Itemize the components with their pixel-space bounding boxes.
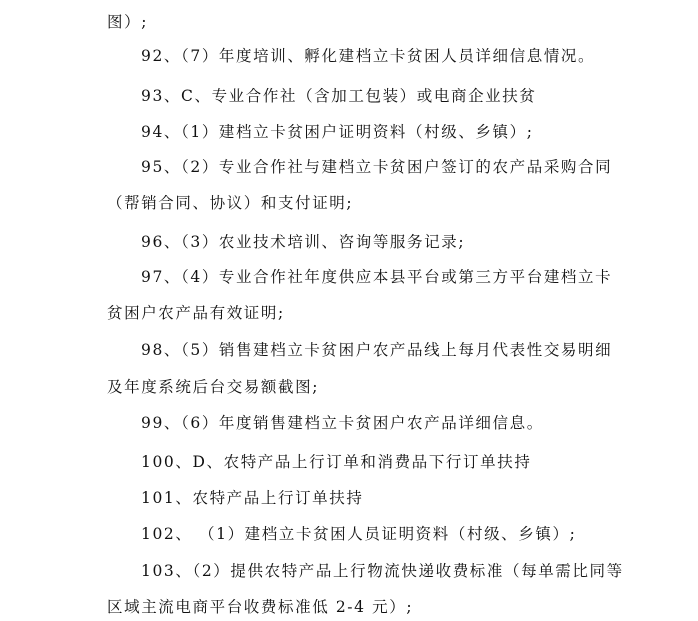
text-line-continuation: （帮销合同、协议）和支付证明; <box>107 193 353 213</box>
text-line-continuation: 及年度系统后台交易额截图; <box>107 377 319 397</box>
list-item-93: 93、C、专业合作社（含加工包装）或电商企业扶贫 <box>141 86 536 106</box>
list-item-96: 96、（3）农业技术培训、咨询等服务记录; <box>141 232 465 252</box>
document-page: 图）; 92、（7）年度培训、孵化建档立卡贫困人员详细信息情况。 93、C、专业… <box>0 0 698 621</box>
list-item-100: 100、D、农特产品上行订单和消费品下行订单扶持 <box>141 452 531 472</box>
list-item-102: 102、 （1）建档立卡贫困人员证明资料（村级、乡镇）; <box>141 524 576 544</box>
text-line-continuation: 贫困户农产品有效证明; <box>107 303 285 323</box>
list-item-98: 98、（5）销售建档立卡贫困户农产品线上每月代表性交易明细 <box>141 340 612 360</box>
list-item-92: 92、（7）年度培训、孵化建档立卡贫困人员详细信息情况。 <box>141 46 595 66</box>
list-item-95: 95、（2）专业合作社与建档立卡贫困户签订的农产品采购合同 <box>141 157 612 177</box>
list-item-99: 99、（6）年度销售建档立卡贫困户农产品详细信息。 <box>141 413 544 433</box>
list-item-101: 101、农特产品上行订单扶持 <box>141 488 364 508</box>
text-line-continuation: 图）; <box>107 12 148 32</box>
list-item-103: 103、（2）提供农特产品上行物流快递收费标准（每单需比同等 <box>141 561 624 581</box>
list-item-97: 97、（4）专业合作社年度供应本县平台或第三方平台建档立卡 <box>141 267 612 287</box>
list-item-94: 94、（1）建档立卡贫困户证明资料（村级、乡镇）; <box>141 122 534 142</box>
text-line-continuation: 区域主流电商平台收费标准低 2-4 元）; <box>107 597 413 617</box>
